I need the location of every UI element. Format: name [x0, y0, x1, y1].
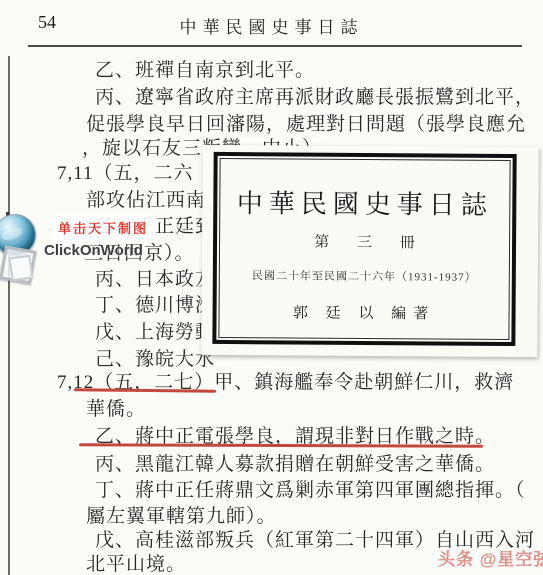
body-line: 丙、黑龍江韓人募款捐贈在朝鮮受害之華僑。 — [95, 449, 495, 476]
running-title: 中華民國史事日誌 — [180, 13, 364, 38]
body-line: 華僑。 — [86, 394, 146, 421]
body-line: 丁、蔣中正任蔣鼎文爲剿赤軍第四軍團總指揮。（ — [95, 475, 526, 502]
cover-outer-frame: 中華民國史事日誌 第 三 冊 民國二十年至民國二十六年（1931-1937） 郭… — [212, 152, 516, 346]
book-cover-inset: 中華民國史事日誌 第 三 冊 民國二十年至民國二十六年（1931-1937） 郭… — [201, 145, 538, 357]
photo-frame-icon — [8, 255, 33, 282]
clickonworld-watermark: 单击天下制图 ClickOnWorld — [0, 204, 170, 304]
body-line: 丙、遼寧省政府主席再派財政廳長張振鷺到北平， — [95, 82, 535, 109]
page-scan-left-edge — [8, 56, 10, 575]
watermark-label-cn: 单击天下制图 — [52, 216, 154, 240]
cover-title: 中華民國史事日誌 — [237, 183, 493, 222]
body-line-date: 7,11（五，二六 — [57, 158, 194, 185]
cover-inner-frame: 中華民國史事日誌 第 三 冊 民國二十年至民國二十六年（1931-1937） 郭… — [218, 158, 510, 340]
body-line: 北平山境。 — [86, 549, 186, 575]
toutiao-watermark: 头条 @星空弦锋 — [438, 545, 543, 570]
body-line: 乙、班禪自南京到北平。 — [95, 55, 315, 82]
cover-volume: 第 三 冊 — [302, 231, 427, 253]
cover-author: 郭 廷 以 編著 — [293, 301, 435, 323]
watermark-label-en: ClickOnWorld — [44, 242, 143, 259]
body-line: 戊、上海勞動 — [95, 317, 215, 344]
body-line: 屬左翼軍轄第九師）。 — [86, 501, 277, 528]
page-number: 54 — [38, 12, 56, 33]
body-line: 促張學良早日回瀋陽，處理對日問題（張學良應允 — [86, 109, 526, 136]
header-rule — [28, 45, 522, 47]
cover-date-range: 民國二十年至民國二十六年（1931-1937） — [252, 267, 477, 285]
